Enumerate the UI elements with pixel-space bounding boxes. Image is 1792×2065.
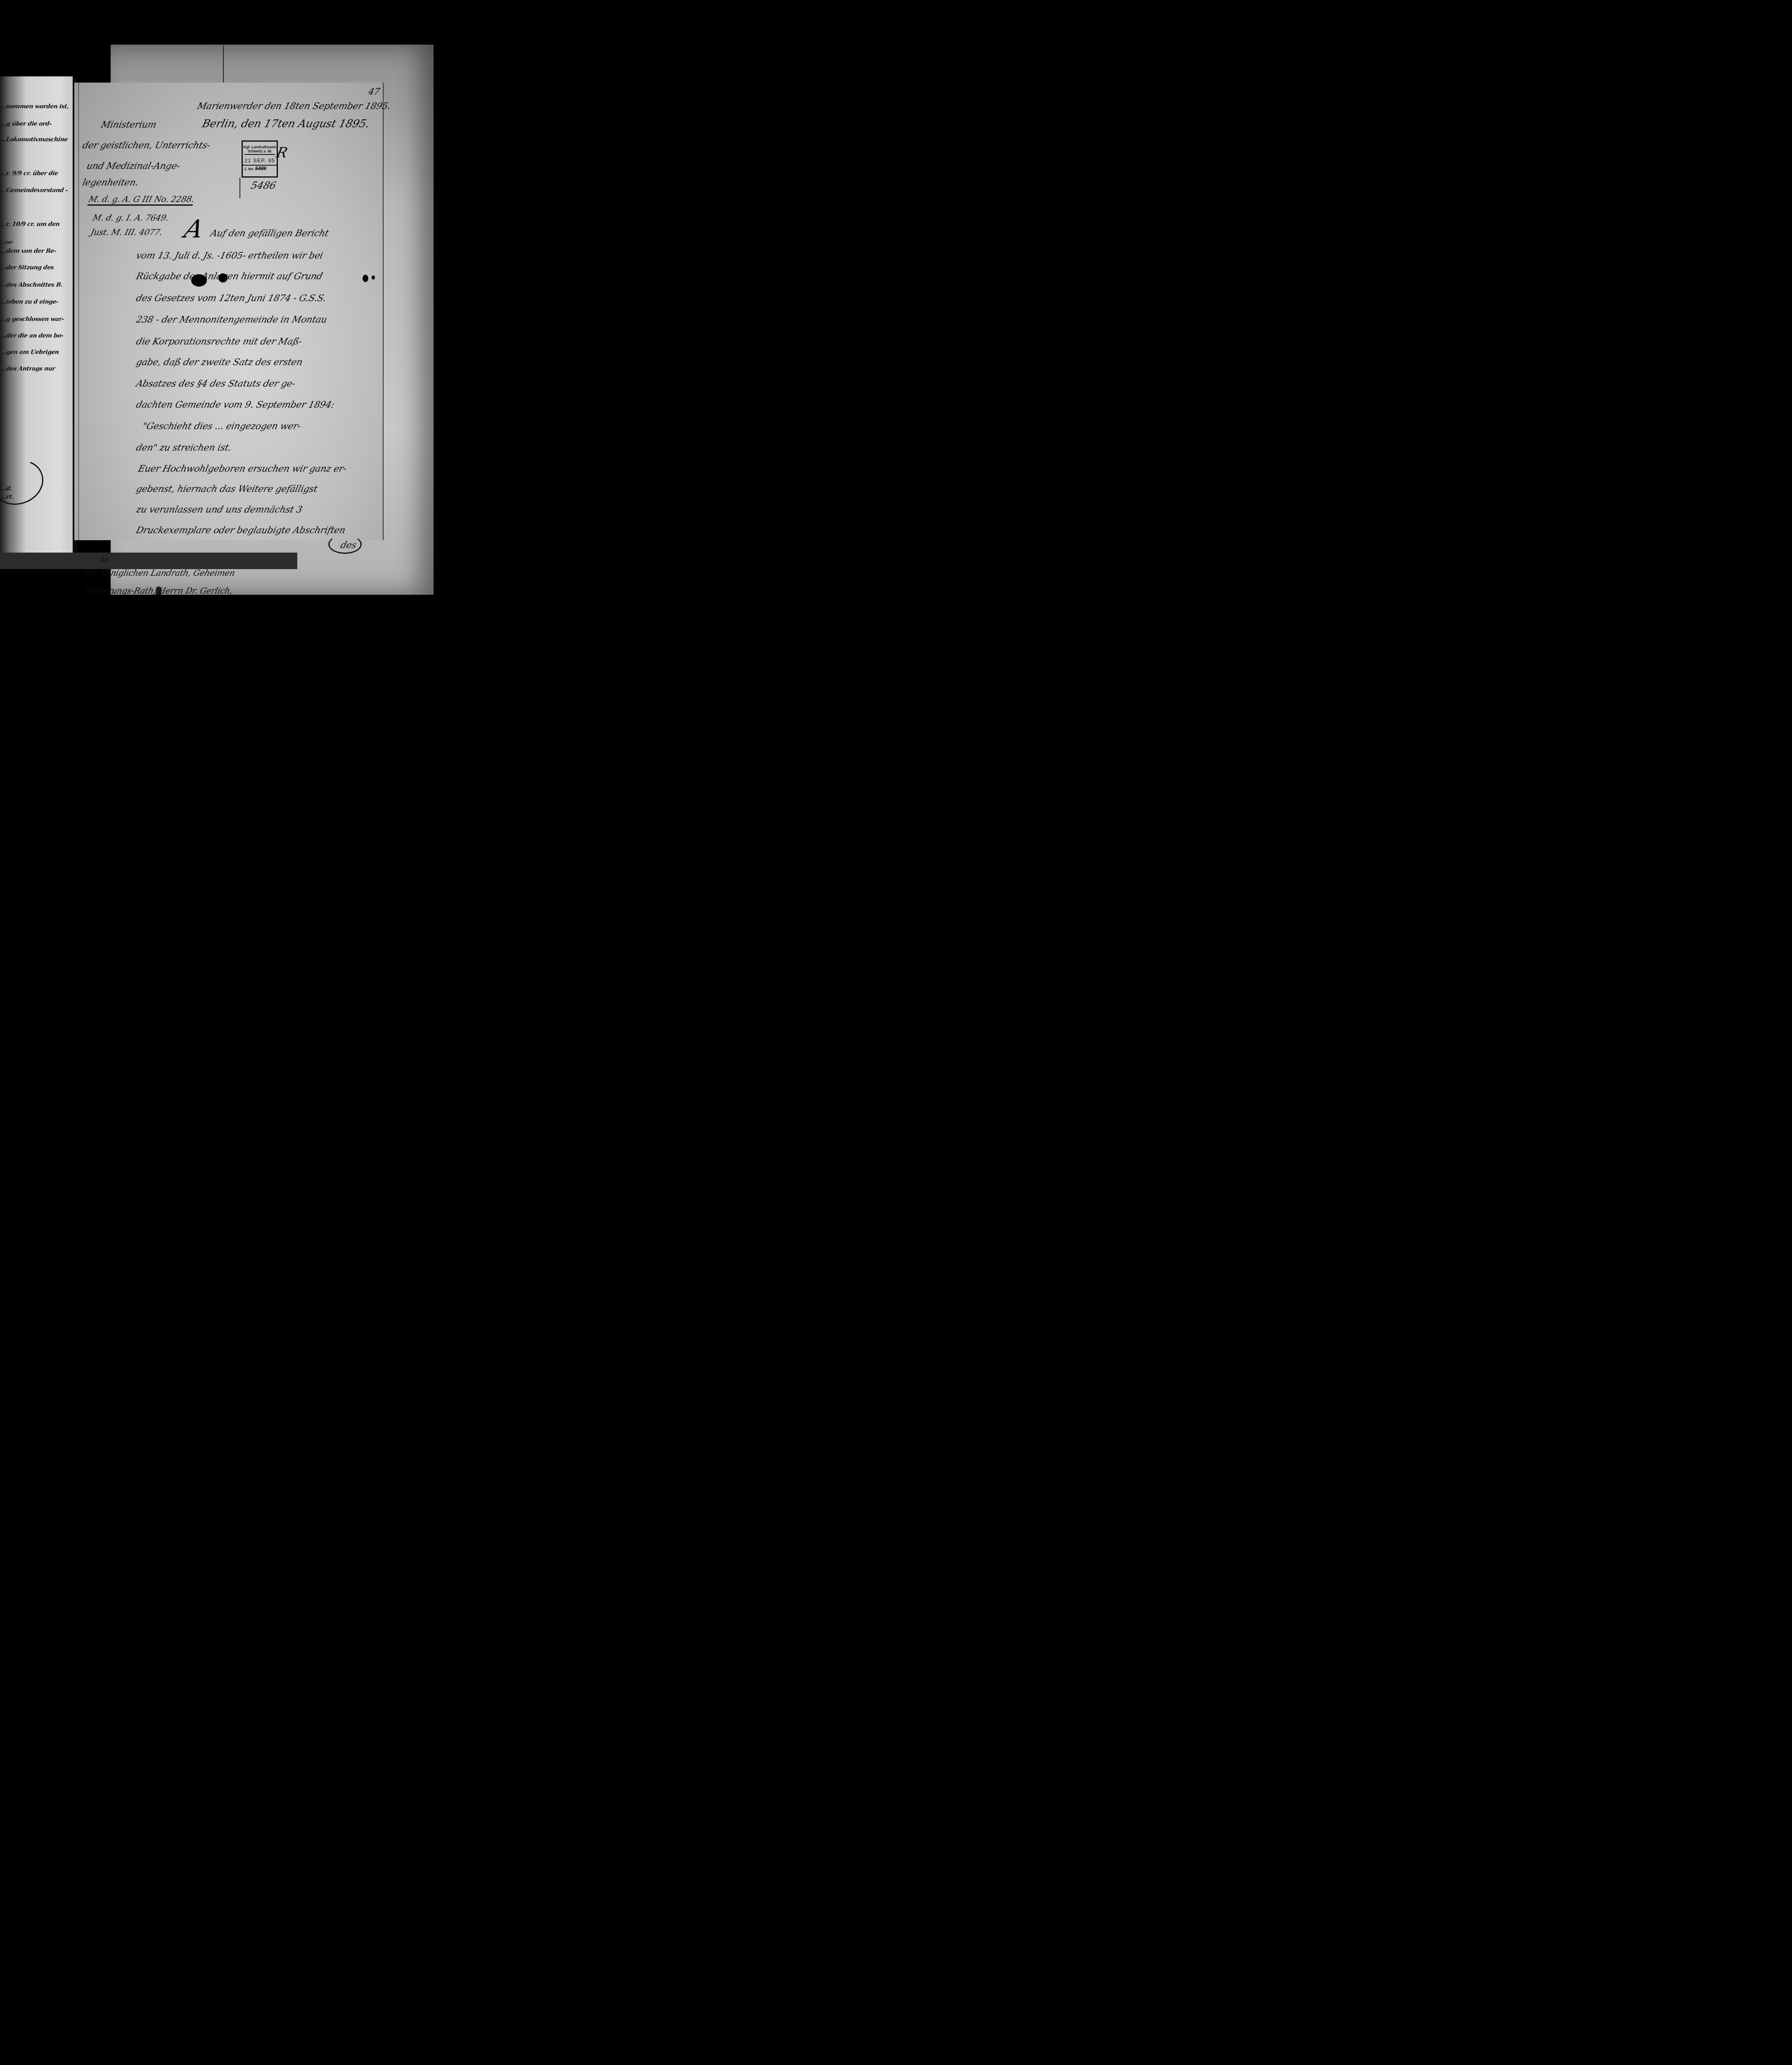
reference-number: M. d. g. A. G III No. 2288. (88, 194, 196, 206)
body-line: vom 13. Juli d. Js. -1605- ertheilen wir… (135, 251, 324, 261)
body-line: Absatzes des §4 des Statuts der ge- (135, 379, 296, 389)
receipt-stamp: Kgl. Landrathsamt Schwetz a. W. 21 SEP. … (242, 140, 278, 178)
body-line: Auf den gefälligen Bericht (209, 228, 330, 239)
reference-number: M. d. g. I. A. 7649. (92, 213, 170, 223)
body-line: "Geschieht dies ... eingezogen wer- (141, 421, 302, 432)
sender-ministry: Ministerium (100, 120, 157, 130)
address-line: den Königlichen Landrath, Geheimen (81, 568, 236, 578)
address-line: Hochwohlgeboren, (162, 604, 242, 606)
stamp-office: Kgl. Landrathsamt (243, 145, 277, 149)
facing-line: ...g über die ord- (0, 121, 52, 127)
facing-line: ...nommen worden ist, (0, 103, 69, 110)
ink-blot (191, 274, 207, 287)
margin-rule (78, 83, 79, 540)
facing-line: ...gen am Uebrigen (0, 349, 59, 356)
body-line: den" zu streichen ist. (135, 443, 232, 453)
page-stack-edge (0, 553, 297, 569)
facing-page: ...nommen worden ist, ...g über die ord-… (0, 76, 74, 553)
ink-blot (363, 275, 368, 282)
ink-blot (372, 275, 375, 280)
facing-line: ...des Abschnittes B. (0, 282, 63, 288)
body-line: des Gesetzes vom 12ten Juni 1874 - G.S.S… (135, 293, 327, 304)
flourish (328, 535, 362, 554)
facing-line: ...r. 9/9 cr. über die (0, 170, 59, 177)
facing-line: ...ieben zu d einge- (0, 299, 59, 305)
facing-line: ...der Sitzung des (0, 264, 54, 271)
stamp-date: 21 SEP. 95 (243, 157, 277, 164)
body-line: die Korporationsrechte mit der Maß- (135, 337, 303, 347)
receipt-date: Marienwerder den 18ten September 1895. (196, 101, 392, 112)
body-line: Euer Hochwohlgeboren ersuchen wir ganz e… (137, 464, 348, 474)
stamp-location: Schwetz a. W. (244, 149, 275, 155)
facing-line: ...der die an dem bo- (0, 332, 64, 339)
facing-line: ...zur (0, 240, 13, 245)
body-line: Druckexemplare oder beglaubigte Abschrif… (135, 525, 346, 536)
sender-line: der geistlichen, Unterrichts- (81, 140, 211, 151)
body-line: 238 - der Mennonitengemeinde in Montau (135, 315, 328, 325)
facing-line: ...Gemeindevorstand - (0, 187, 68, 194)
facing-line: ...des Antrags nur (0, 366, 56, 372)
facing-flourish (0, 453, 50, 512)
facing-line: ...dem von der Re- (0, 248, 57, 254)
stamp-tick (239, 178, 240, 198)
stamp-journal-label: J. No. 5489 (243, 165, 277, 171)
facing-line: ...Lokomotivmaschine (0, 136, 68, 143)
body-line: gebenst, hiernach das Weitere gefälligst (135, 484, 319, 494)
facing-line: ...g geschlossen war- (0, 316, 64, 323)
body-line: Rückgabe der Anlagen hiermit auf Grund (135, 271, 324, 282)
facing-line: ...r. 10/9 cr. um den (0, 221, 60, 228)
ink-blot (156, 586, 161, 597)
reference-number: Just. M. III. 4077. (90, 227, 164, 237)
body-line: gabe, daß der zweite Satz des ersten (135, 357, 303, 368)
sender-line: und Medizinal-Ange- (85, 161, 181, 171)
letter-date: Berlin, den 17ten August 1895. (201, 118, 371, 130)
ink-blot (218, 273, 228, 282)
sender-line: legenheiten. (81, 178, 140, 188)
stamp-crossed-number: 5489 (255, 166, 266, 171)
body-line: zu veranlassen und uns demnächst 3 (135, 505, 303, 515)
body-line: dachten Gemeinde vom 9. September 1894: (135, 400, 335, 410)
journal-number: 5486 (250, 180, 277, 191)
